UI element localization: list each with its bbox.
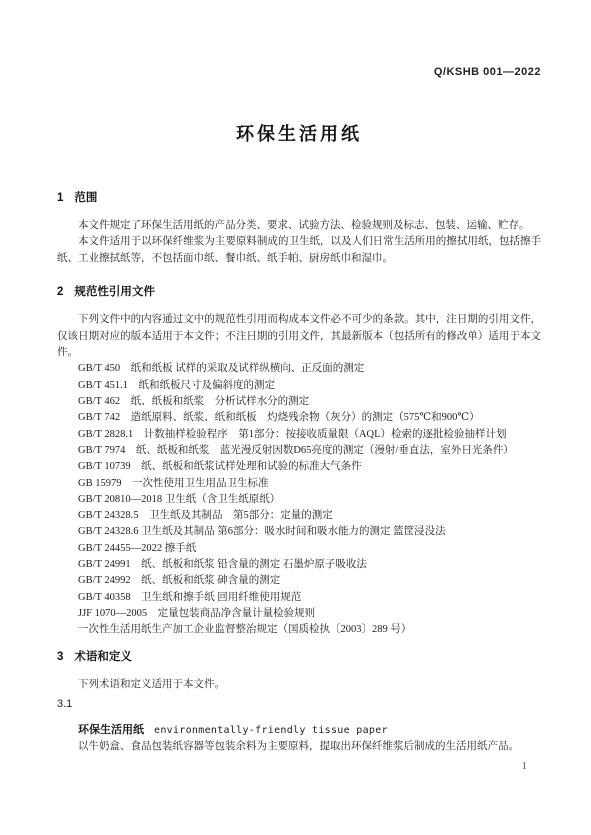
term-definition-text: 以牛奶盒、食品包装纸容器等包装余料为主要原料，提取出环保纤维浆后制成的生活用纸产… bbox=[57, 739, 541, 755]
references-list: GB/T 450 纸和纸板 试样的采取及试样纵横向、正反面的测定 GB/T 45… bbox=[57, 361, 541, 638]
section-1-title: 范围 bbox=[74, 192, 97, 204]
section-3-title: 术语和定义 bbox=[74, 651, 132, 663]
section-1-paragraph-2: 本文件适用于以环保纤维浆为主要原料制成的卫生纸，以及人们日常生活所用的擦拭用纸，… bbox=[57, 234, 541, 267]
reference-item: GB/T 24991 纸、纸板和纸浆 铅含量的测定 石墨炉原子吸收法 bbox=[57, 557, 541, 573]
reference-item: GB/T 20810—2018 卫生纸（含卫生纸原纸） bbox=[57, 492, 541, 508]
reference-item: GB/T 451.1 纸和纸板尺寸及偏斜度的测定 bbox=[57, 378, 541, 394]
reference-item: GB/T 10739 纸、纸板和纸浆试样处理和试验的标准大气条件 bbox=[57, 459, 541, 475]
term-definition-block: 环保生活用纸environmentally-friendly tissue pa… bbox=[57, 722, 541, 756]
clause-number-3-1: 3.1 bbox=[57, 697, 541, 711]
section-3-paragraph-1: 下列术语和定义适用于本文件。 bbox=[57, 677, 541, 693]
term-line: 环保生活用纸environmentally-friendly tissue pa… bbox=[57, 722, 541, 739]
reference-item: GB/T 24328.5 卫生纸及其制品 第5部分：定量的测定 bbox=[57, 508, 541, 524]
reference-item: GB/T 24328.6 卫生纸及其制品 第6部分：吸水时间和吸水能力的测定 篮… bbox=[57, 524, 541, 540]
section-3-number: 3 bbox=[57, 651, 63, 663]
reference-item: GB/T 24455—2022 擦手纸 bbox=[57, 541, 541, 557]
section-1-paragraph-1: 本文件规定了环保生活用纸的产品分类、要求、试验方法、检验规则及标志、包装、运输、… bbox=[57, 218, 541, 234]
section-1-number: 1 bbox=[57, 192, 63, 204]
document-title: 环保生活用纸 bbox=[57, 123, 541, 145]
reference-item: GB/T 40358 卫生纸和擦手纸 回用纤维使用规范 bbox=[57, 590, 541, 606]
section-2-number: 2 bbox=[57, 286, 63, 298]
reference-item: GB/T 742 造纸原料、纸浆、纸和纸板 灼烧残余物（灰分）的测定（575℃和… bbox=[57, 410, 541, 426]
section-2-title: 规范性引用文件 bbox=[74, 286, 155, 298]
reference-item: 一次性生活用纸生产加工企业监督整治规定（国质检执〔2003〕289 号） bbox=[57, 622, 541, 638]
reference-item: GB/T 7974 纸、纸板和纸浆 蓝光漫反射因数D65亮度的测定（漫射/垂直法… bbox=[57, 443, 541, 459]
section-1-heading: 1范围 bbox=[57, 191, 541, 205]
reference-item: GB 15979 一次性使用卫生用品卫生标准 bbox=[57, 476, 541, 492]
reference-item: GB/T 450 纸和纸板 试样的采取及试样纵横向、正反面的测定 bbox=[57, 361, 541, 377]
document-page: Q/KSHB 001—2022 环保生活用纸 1范围 本文件规定了环保生活用纸的… bbox=[0, 0, 591, 835]
section-2-heading: 2规范性引用文件 bbox=[57, 285, 541, 299]
reference-item: GB/T 2828.1 计数抽样检验程序 第1部分：按接收质量限（AQL）检索的… bbox=[57, 427, 541, 443]
header-doc-code: Q/KSHB 001—2022 bbox=[57, 66, 541, 79]
reference-item: JJF 1070—2005 定量包装商品净含量计量检验规则 bbox=[57, 606, 541, 622]
term-chinese: 环保生活用纸 bbox=[78, 724, 144, 736]
section-3-heading: 3术语和定义 bbox=[57, 650, 541, 664]
reference-item: GB/T 462 纸、纸板和纸浆 分析试样水分的测定 bbox=[57, 394, 541, 410]
section-2-paragraph-1: 下列文件中的内容通过文中的规范性引用而构成本文件必不可少的条款。其中，注日期的引… bbox=[57, 312, 541, 361]
page-number: 1 bbox=[57, 760, 541, 772]
term-english: environmentally-friendly tissue paper bbox=[154, 725, 388, 736]
reference-item: GB/T 24992 纸、纸板和纸浆 砷含量的测定 bbox=[57, 573, 541, 589]
